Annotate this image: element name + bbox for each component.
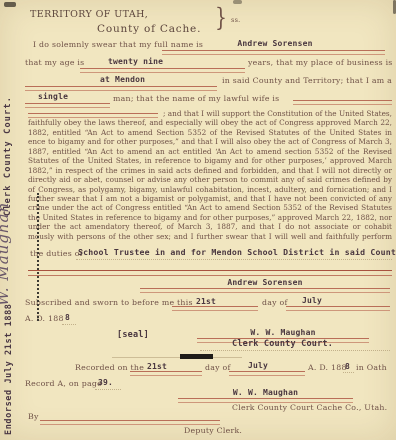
oath-paragraph-line: 1882, entitled “An Act to amend Section … (28, 128, 392, 137)
recorded-ad-label: A. D. 188 (308, 364, 347, 372)
oath-paragraph-line: 1882,” in respect of the crimes in said … (28, 166, 392, 175)
affiant-signature: Andrew Sorensen (140, 279, 390, 287)
oath-paragraph: ; and that I will support the Constituti… (28, 109, 392, 241)
oath-paragraph-line: Statutes of the United States, in refere… (28, 156, 392, 165)
header-brace: } (215, 5, 227, 30)
recorded-year-rule (343, 372, 354, 373)
margin-signature-handwritten: W. Maughan (0, 188, 11, 306)
oath-paragraph-line: faithfully obey the laws thereof, and es… (28, 118, 392, 127)
jurat-clerk-signature: W. W. Maughan (197, 329, 369, 337)
jurat-month-value: July (302, 297, 322, 305)
status-value: single (38, 93, 68, 101)
territory-heading: TERRITORY OF UTAH, (30, 10, 148, 20)
record-page-label: Record A, on page (25, 380, 102, 388)
redaction-bar (180, 354, 213, 359)
perforation-dotted-line (37, 193, 39, 321)
scan-smudge (4, 2, 16, 7)
recorded-month-rule (229, 371, 305, 376)
oath-paragraph-line: further swear that I am not a bigamist o… (28, 194, 392, 203)
business-suffix: in said County and Territory; that I am … (222, 77, 392, 85)
recorded-day-of-label: day of (205, 364, 231, 372)
full-name-rule (162, 50, 385, 55)
age-rule (80, 68, 245, 73)
oath-paragraph-line: of Congress, as polygamy, bigamy, unlawf… (28, 185, 392, 194)
document-page: TERRITORY OF UTAH, County of Cache. } ss… (0, 0, 396, 440)
jurat-clerk-title: Clerk County Court. (232, 340, 333, 349)
jurat-day-of-label: day of (262, 299, 288, 307)
seal-text: [seal] (117, 331, 149, 340)
by-rule (40, 420, 220, 425)
oath-paragraph-line: ence to bigamy and for other purposes,” … (28, 137, 392, 146)
recording-clerk-signature: W. W. Maughan (178, 389, 353, 397)
jurat-year-value: 8 (65, 314, 70, 322)
wife-name-rule-continued (28, 113, 158, 118)
recorded-day-rule (130, 371, 202, 376)
jurat-day-value: 21st (196, 298, 216, 306)
jurat-month-rule (286, 306, 390, 311)
status-rule (25, 103, 110, 108)
deputy-clerk-label: Deputy Clerk. (184, 427, 242, 435)
jurat-clerk-title-rule (200, 350, 390, 351)
wife-name-rule (293, 100, 392, 105)
oath-paragraph-line: directly aid or abet, counsel or advise … (28, 175, 392, 184)
county-heading: County of Cache. (97, 24, 201, 35)
recorded-month-value: July (248, 362, 268, 370)
oath-paragraph-line: mously with persons of the other sex; an… (28, 232, 392, 241)
margin-endorsed-stamp: Endorsed July 21st 1888 (5, 309, 14, 435)
jurat-year-rule (62, 324, 76, 325)
record-page-value: 39. (98, 379, 113, 387)
oath-paragraph-line: 1887, entitled “An Act to amend an act e… (28, 147, 392, 156)
recording-clerk-title: Clerk County Court Cache Co., Utah. (232, 404, 387, 412)
recorded-day-value: 21st (147, 363, 167, 371)
scan-smudge (233, 0, 242, 4)
by-label: By (28, 413, 39, 421)
full-name-value: Andrew Sorensen (195, 40, 355, 48)
record-page-rule (95, 389, 121, 390)
age-label: that my age is (25, 59, 84, 67)
in-oath-label: in Oath (356, 364, 387, 372)
section-divider-rule (28, 270, 392, 276)
recorded-year-value: 8 (345, 363, 350, 371)
oath-paragraph-line: crime under the act of Congress entitled… (28, 203, 392, 212)
business-value: at Mendon (100, 76, 145, 84)
age-suffix: years, that my place of business is (248, 59, 393, 67)
affiant-signature-rule (140, 288, 390, 293)
oath-paragraph-line: the United States in reference to bigamy… (28, 213, 392, 222)
duties-value: School Trustee in and for Mendon School … (78, 248, 396, 256)
full-name-label: I do solemnly swear that my full name is (33, 41, 203, 49)
mid-divider-line (112, 357, 242, 358)
status-suffix: man; that the name of my lawful wife is (113, 95, 279, 103)
duties-rule (76, 259, 392, 260)
oath-paragraph-first-row: ; and that I will support the Constituti… (28, 109, 392, 118)
ss-abbreviation: ss. (231, 17, 241, 24)
oath-paragraph-line: under the act amendatory thereof, of Mar… (28, 222, 392, 231)
oath-paragraph-line: ; and that I will support the Constituti… (163, 109, 392, 118)
age-value: twenty nine (108, 58, 163, 66)
jurat-ad-label: A. D. 188 (25, 315, 64, 323)
subscribed-label: Subscribed and sworn to before me this (25, 299, 193, 307)
business-rule (25, 86, 217, 91)
jurat-day-rule (172, 306, 258, 311)
